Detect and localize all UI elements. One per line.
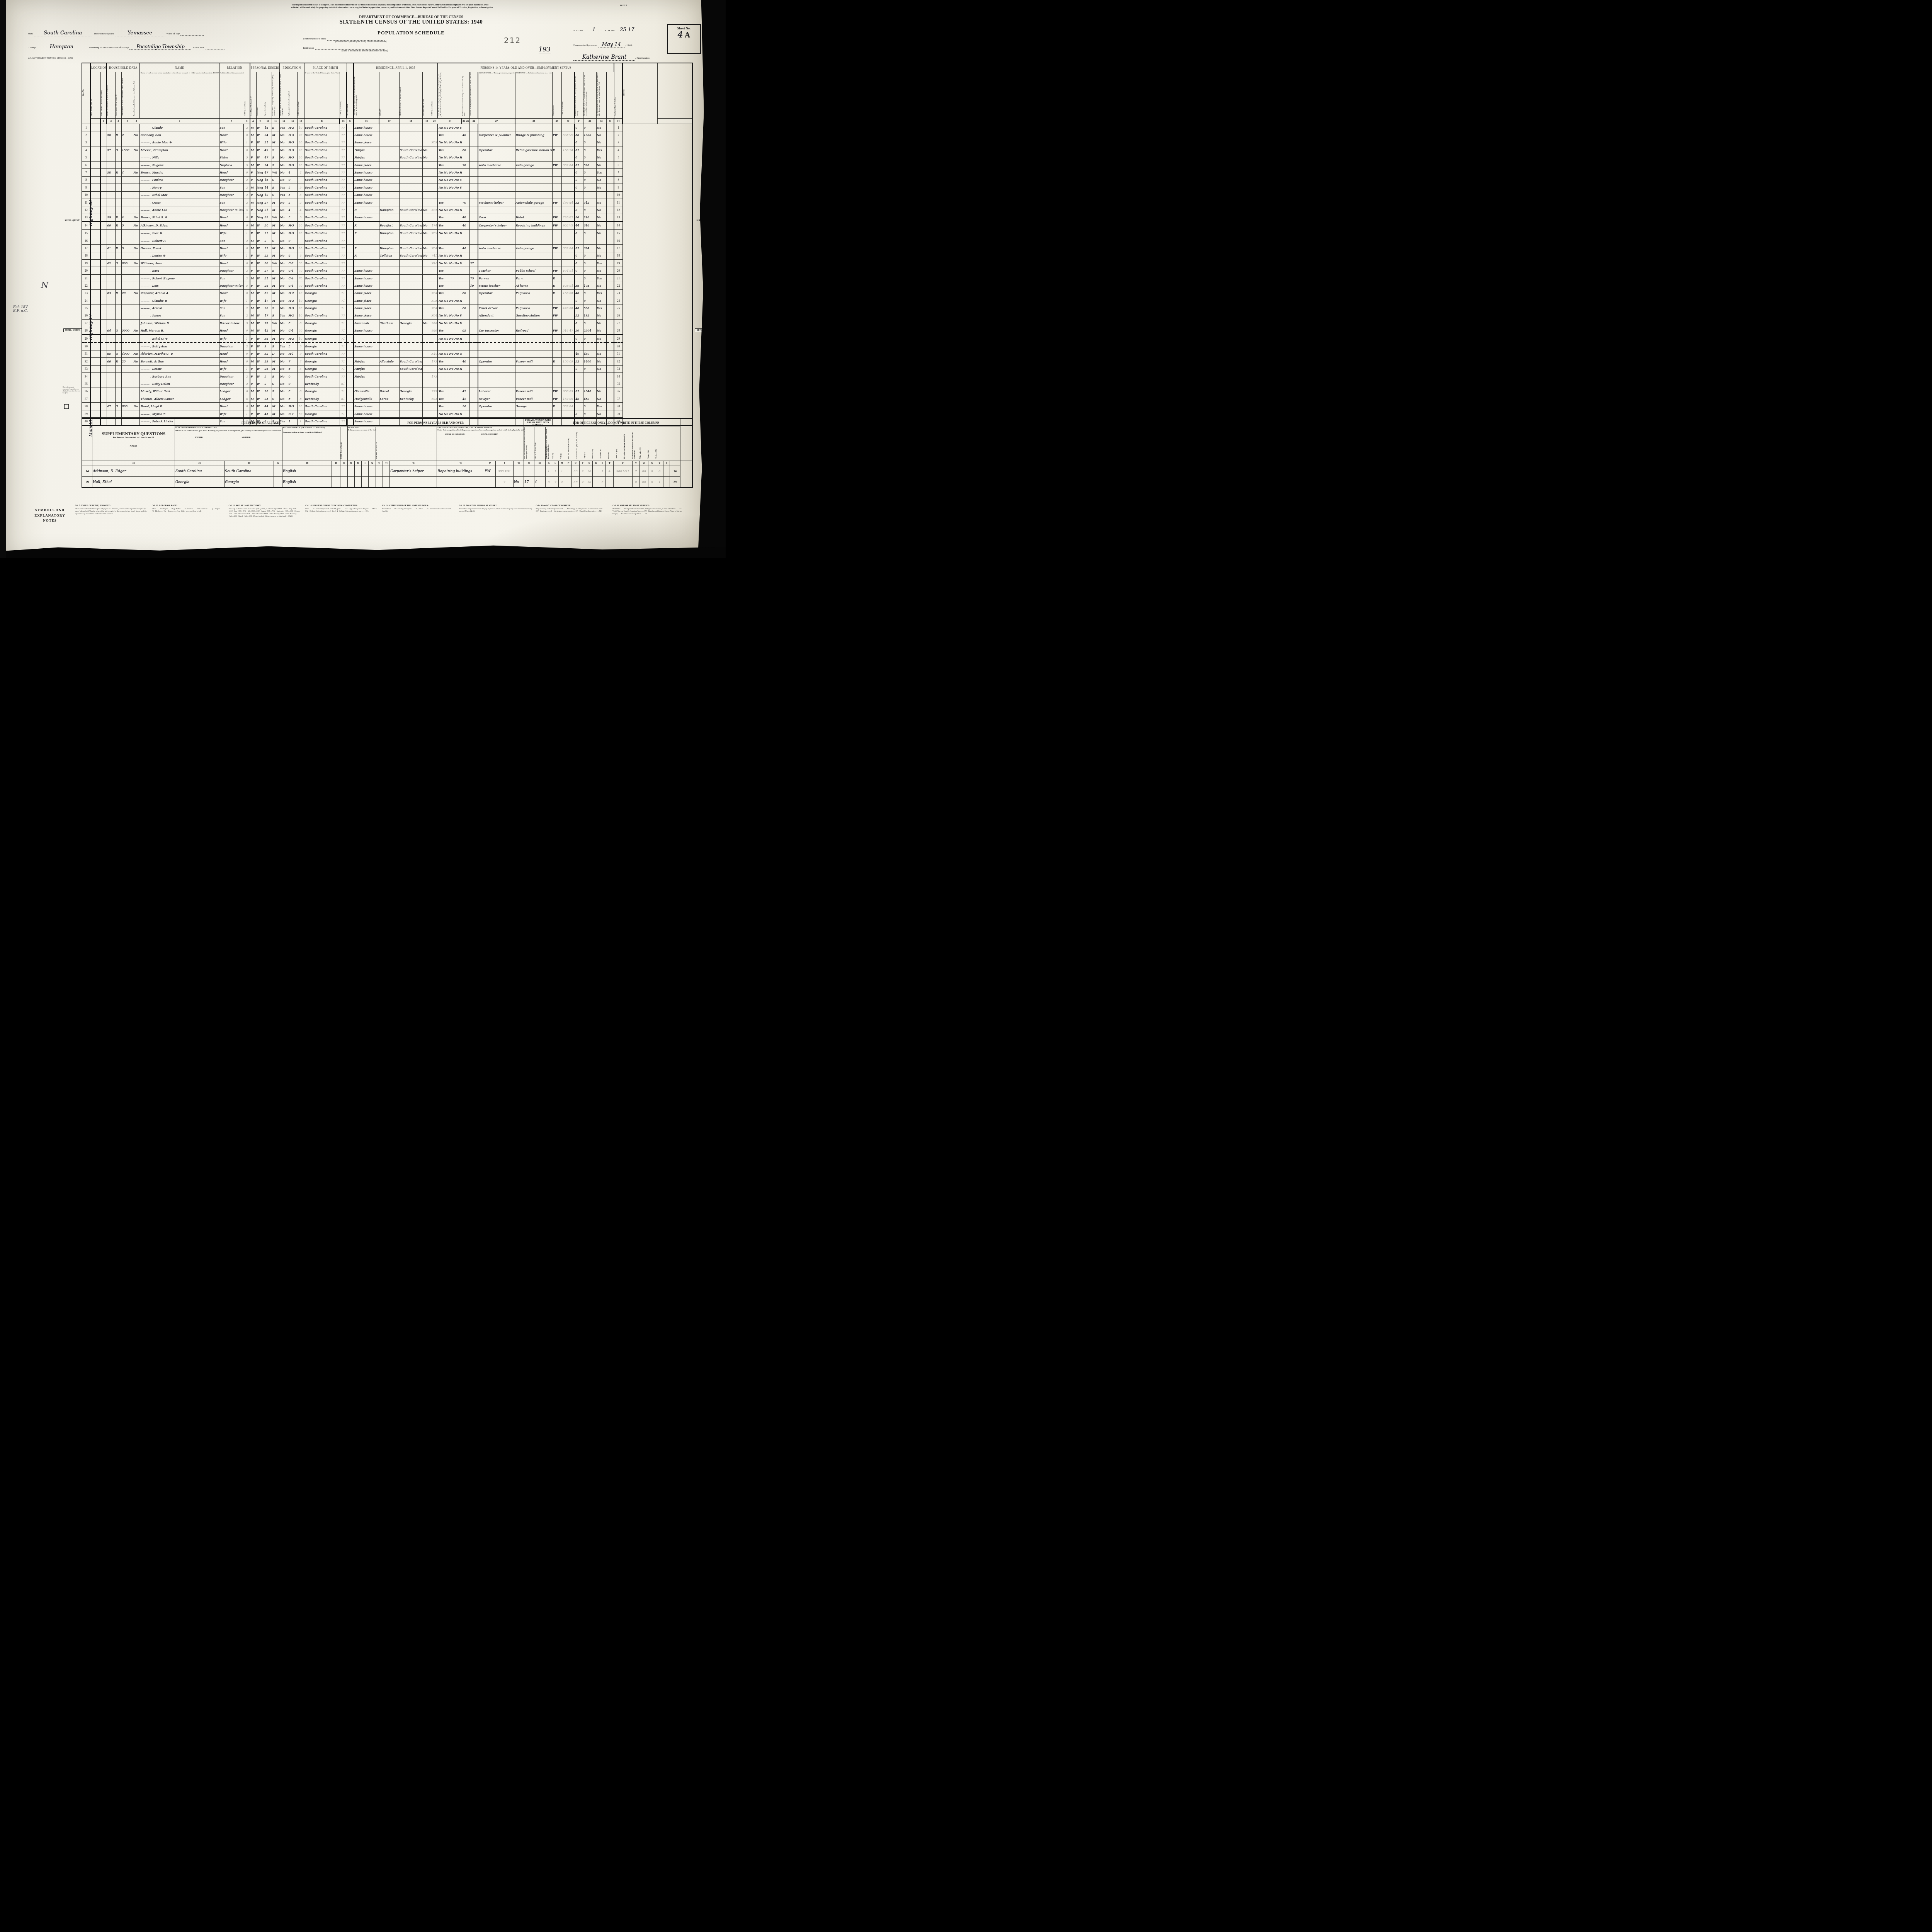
cell: S <box>272 342 279 350</box>
cell: 14 <box>264 184 272 191</box>
cell: R <box>354 229 379 237</box>
cell: No <box>279 327 288 335</box>
cell <box>469 388 478 395</box>
cell <box>399 191 422 199</box>
pencil-code-cell: 0 <box>656 466 663 477</box>
cell: Kentucky <box>304 395 340 403</box>
pencil-code-cell: 1 <box>244 139 250 146</box>
cell <box>606 289 614 297</box>
cell: Neg <box>256 206 264 214</box>
cell <box>133 304 140 312</box>
cell: Fairfax <box>354 358 379 365</box>
cell: No No No No H <box>438 297 462 304</box>
pencil-code-cell: 156 08 <box>561 289 575 297</box>
cell: 0 <box>575 320 583 327</box>
social-security-header: SOCIAL SECURITY <box>376 442 437 459</box>
pencil-code-cell: 20 <box>297 245 304 252</box>
line-number: 8 <box>614 176 622 184</box>
cell <box>347 131 354 139</box>
cell <box>383 477 389 488</box>
cell: H-2 <box>288 297 297 304</box>
cell: ——— , Eugene <box>140 161 219 168</box>
cell: South Carolina <box>304 372 340 380</box>
column-number: 27 <box>478 119 515 124</box>
banner-all-ages: FOR PERSONS OF ALL AGES <box>175 418 347 427</box>
supp-column-number: X <box>648 461 656 466</box>
cell: South Carolina <box>224 466 274 477</box>
cell <box>399 297 422 304</box>
code-d-label: CODE (Leave blank) <box>432 101 437 116</box>
table-row: 18——— , Louise ⊗Wife1FW23MNo88South Caro… <box>82 252 692 259</box>
pencil-code-cell: 20 <box>297 221 304 229</box>
cell <box>340 466 347 477</box>
cell: Garage <box>515 403 552 410</box>
cell: Georgia <box>399 320 422 327</box>
street-name-highway-17: Highway 17 <box>88 240 93 340</box>
cell: 0 <box>583 124 596 131</box>
pencil-code-cell: 77 <box>340 274 347 282</box>
cell <box>552 342 561 350</box>
pencil-code-cell: 156 74 <box>561 146 575 154</box>
supp-column-number: 42 <box>369 461 376 466</box>
cell: M <box>250 358 256 365</box>
table-row: 1962O800NoWilliams, SaraHead0FW58WdNoC-2… <box>82 260 692 267</box>
code-h-label: CODE (Leave blank) <box>341 442 347 459</box>
cell <box>115 237 121 244</box>
cell <box>107 191 115 199</box>
written-193: 193 <box>539 46 551 53</box>
cell: M <box>250 289 256 297</box>
cell: O <box>115 327 121 335</box>
cell <box>347 410 354 417</box>
census-title: SIXTEENTH CENSUS OF THE UNITED STATES: 1… <box>322 19 500 26</box>
pencil-code-cell <box>431 161 438 168</box>
pencil-code-cell: 0 <box>648 477 656 488</box>
cell: W <box>256 252 264 259</box>
cell: PW <box>552 221 561 229</box>
cell: No <box>596 350 606 357</box>
pencil-code-cell <box>431 365 438 372</box>
supplementary-title: SUPPLEMENTARY QUESTIONS For Persons Enum… <box>92 418 175 461</box>
pencil-code-cell: 0 <box>244 358 250 365</box>
cell: 58 <box>107 169 115 176</box>
pencil-code-cell: 1 <box>244 335 250 342</box>
column-number: 28 <box>515 119 552 124</box>
pencil-code-cell: 5 <box>297 214 304 221</box>
cell: ——— , Claude <box>140 124 219 131</box>
cell <box>462 350 469 357</box>
pencil-code-cell: 4 <box>606 466 614 477</box>
cell: ——— , Lessie <box>140 365 219 372</box>
cell <box>478 169 515 176</box>
table-row: 24——— , Claudie ⊗Wife1FW47MNoH-210Georgi… <box>82 297 692 304</box>
supp-column-number <box>670 461 680 466</box>
pencil-code-cell: 8 <box>297 252 304 259</box>
pencil-code-cell: 77 <box>340 214 347 221</box>
supplementary-questions-table: SUPPLEMENTARY QUESTIONS For Persons Enum… <box>82 418 693 488</box>
table-row: 20——— , SaraDaughter2FW27SNoC-470South C… <box>82 267 692 274</box>
cell: No No No No H <box>438 229 462 237</box>
cell <box>362 466 369 477</box>
cell: Carpenter’s helper <box>478 221 515 229</box>
pencil-code-cell: 8 <box>297 320 304 327</box>
cell: Georgia <box>304 335 340 342</box>
cell <box>100 388 107 395</box>
cell: Yes <box>438 395 462 403</box>
cell: 2 <box>121 131 133 139</box>
pencil-code-cell <box>431 169 438 176</box>
line-number: 25 <box>614 304 622 312</box>
pencil-code-cell <box>561 229 575 237</box>
cell: Daughter-in-law <box>219 206 244 214</box>
cell <box>379 327 399 335</box>
sheet-letter: A <box>685 31 690 39</box>
cell: 64 <box>107 327 115 335</box>
cell <box>133 297 140 304</box>
cell: F <box>250 335 256 342</box>
class-col-label: Class of worker <box>553 105 561 116</box>
cell: No <box>279 199 288 206</box>
pencil-code-cell: 2 <box>244 274 250 282</box>
cell <box>515 365 552 372</box>
cell: 4 <box>534 477 545 488</box>
cell: Father-in-law <box>219 320 244 327</box>
pencil-code-cell: X0X1 <box>431 206 438 214</box>
cell: No <box>596 221 606 229</box>
cell <box>552 176 561 184</box>
cell: 7 <box>288 358 297 365</box>
cell <box>115 154 121 161</box>
cell <box>422 304 431 312</box>
table-row: 35——— , Betty HelenDaughter2FW2SNo0Kentu… <box>82 380 692 388</box>
cell: Pulpwood <box>515 289 552 297</box>
cell <box>107 388 115 395</box>
supp-column-number: Q <box>586 461 592 466</box>
cell: 56 <box>107 131 115 139</box>
cell: 40 <box>575 395 583 403</box>
cell: Yes <box>438 245 462 252</box>
cell <box>484 477 495 488</box>
table-row: 15——— , Inez ⊗Wife1FW21MNoH-320South Car… <box>82 229 692 237</box>
line-number: 5 <box>614 154 622 161</box>
cell: 5 <box>121 221 133 229</box>
cell <box>478 124 515 131</box>
cell: S <box>272 124 279 131</box>
cell: W <box>256 260 264 267</box>
cell: No <box>596 267 606 274</box>
pencil-code-cell: 30 <box>572 466 580 477</box>
cell: Head <box>219 289 244 297</box>
column-number: 33 <box>606 119 614 124</box>
cell <box>552 191 561 199</box>
cell <box>422 199 431 206</box>
cell <box>115 282 121 289</box>
cell <box>107 274 115 282</box>
cell: PW <box>552 214 561 221</box>
cell: No <box>596 410 606 417</box>
cell <box>100 327 107 335</box>
cell <box>347 304 354 312</box>
cell: No <box>596 131 606 139</box>
cell: Daughter-in-law <box>219 282 244 289</box>
cell <box>347 124 354 131</box>
cell: H-3 <box>288 304 297 312</box>
cell: No <box>596 176 606 184</box>
cell: Auto garage <box>515 245 552 252</box>
cell <box>469 252 478 259</box>
cell <box>100 206 107 214</box>
table-row: 37Thomas, Albert LamarLodger6MW23SNo88Ke… <box>82 395 692 403</box>
cell <box>133 312 140 319</box>
cell <box>133 184 140 191</box>
cell: 0 <box>575 297 583 304</box>
cell: W <box>256 342 264 350</box>
cell <box>133 395 140 403</box>
cell: M <box>250 221 256 229</box>
cell <box>606 252 614 259</box>
cell: No No No No S <box>438 176 462 184</box>
cell: 0 <box>583 289 596 297</box>
unincorporated-note: (Name of unincorporated place having 100… <box>303 41 419 43</box>
cell: 624 <box>583 245 596 252</box>
pencil-code-cell: 20 <box>297 304 304 312</box>
line-number: 24 <box>614 297 622 304</box>
pencil-code-cell: 988 V9 <box>561 221 575 229</box>
cell <box>469 124 478 131</box>
street-name-highway-28: Highway 28 <box>88 139 93 226</box>
cell <box>274 477 282 488</box>
cell: Son <box>219 199 244 206</box>
cell: M <box>272 282 279 289</box>
pencil-code-cell: X0V1 <box>431 229 438 237</box>
pencil-code-cell: 7411 <box>431 252 438 259</box>
cell <box>115 312 121 319</box>
cell <box>422 267 431 274</box>
cell: No <box>279 252 288 259</box>
cell: S <box>272 304 279 312</box>
cell <box>115 139 121 146</box>
cell <box>100 267 107 274</box>
cell <box>552 335 561 342</box>
supp-column-number: 35 <box>92 461 175 466</box>
cell: H-3 <box>288 131 297 139</box>
cell: Same house <box>354 184 379 191</box>
cell <box>438 380 462 388</box>
cell <box>596 372 606 380</box>
cell: 32 <box>575 312 583 319</box>
cell: South Carolina <box>304 161 340 168</box>
cell: No <box>133 260 140 267</box>
table-row: 8——— , PaulineDaughter2FNeg16SNo0South C… <box>82 176 692 184</box>
line-number: 37 <box>614 395 622 403</box>
cell <box>379 191 399 199</box>
cell: W <box>256 146 264 154</box>
school-col-label: Attended school or college any time sinc… <box>280 72 287 116</box>
cell: No <box>596 358 606 365</box>
cell <box>107 320 115 327</box>
cell <box>121 124 133 131</box>
cell: 67 <box>107 403 115 410</box>
cell <box>478 176 515 184</box>
cell <box>379 161 399 168</box>
cell: Hampton <box>379 245 399 252</box>
cell: Head <box>219 221 244 229</box>
cell: Same house <box>354 169 379 176</box>
cell: 42 <box>462 395 469 403</box>
cell <box>379 297 399 304</box>
cell: M <box>272 289 279 297</box>
cell <box>606 388 614 395</box>
cell: 31 <box>264 274 272 282</box>
pencil-code-cell: 70 <box>297 282 304 289</box>
cell: 216 <box>583 214 596 221</box>
cell: H-3 <box>288 161 297 168</box>
cell <box>100 124 107 131</box>
cell: Yes <box>438 221 462 229</box>
cell: C-4 <box>288 282 297 289</box>
cell: 25 <box>121 358 133 365</box>
cell <box>462 169 469 176</box>
pencil-code-cell <box>561 342 575 350</box>
check-note: Check, if answer to enumerator’s questio… <box>63 386 80 394</box>
cell: H-3 <box>288 403 297 410</box>
pencil-code-cell: 986 <box>431 320 438 327</box>
cell: Wd <box>272 260 279 267</box>
cell <box>575 237 583 244</box>
cell <box>399 372 422 380</box>
cell: No No No No S <box>438 124 462 131</box>
line-number: 21 <box>614 274 622 282</box>
pencil-code-cell: 3 <box>297 342 304 350</box>
cell <box>462 260 469 267</box>
cell <box>133 161 140 168</box>
supp-column-number: 50 <box>534 461 545 466</box>
cell: Yes <box>438 146 462 154</box>
column-number: 11 <box>272 119 279 124</box>
office-sub-label: Ot. inc. (33) <box>656 449 664 459</box>
cell <box>469 312 478 319</box>
cell: PW <box>552 388 561 395</box>
cell: M <box>272 335 279 342</box>
cell <box>100 199 107 206</box>
supp-column-number: P <box>579 461 586 466</box>
cell <box>133 320 140 327</box>
column-number: 32 <box>596 119 606 124</box>
pencil-code-cell: 70 <box>297 267 304 274</box>
pencil-code-cell: 6031 <box>431 395 438 403</box>
supp-column-number: M <box>559 461 565 466</box>
cell <box>347 297 354 304</box>
cell: H-3 <box>288 154 297 161</box>
cell: South Carolina <box>399 221 422 229</box>
pencil-code-cell: 77 <box>340 221 347 229</box>
cell: 0 <box>583 206 596 214</box>
cell <box>347 395 354 403</box>
cell: No <box>279 380 288 388</box>
cell: South Carolina <box>304 199 340 206</box>
cell <box>469 146 478 154</box>
group-household-data: HOUSEHOLD DATA <box>107 63 140 72</box>
supp-column-number: T <box>606 461 614 466</box>
duration-col-label: Duration of unemployment up to March 30,… <box>470 72 478 116</box>
cell: PW <box>552 161 561 168</box>
cell: 0 <box>583 274 596 282</box>
supp-column-number: W <box>640 461 648 466</box>
cell: Georgia <box>304 358 340 365</box>
cell: Cook <box>478 214 515 221</box>
cell: W <box>256 297 264 304</box>
pencil-code-cell: 71 <box>340 304 347 312</box>
cell <box>469 206 478 214</box>
table-row: 22——— , LoisDaughter-in-law5FW26MNoC-470… <box>82 282 692 289</box>
cell: Ilderton, Martha C. ⊗ <box>140 350 219 357</box>
township-label: Township or other division of county <box>89 46 129 49</box>
cell <box>121 184 133 191</box>
cell: Automobile garage <box>515 199 552 206</box>
column-number: 30 <box>561 119 575 124</box>
table-row: 2363R20NoZipperer, Arnold A.Head0MW52MNo… <box>82 289 692 297</box>
cell <box>478 229 515 237</box>
pencil-code-cell <box>431 154 438 161</box>
cell: ——— , Lois <box>140 282 219 289</box>
cell: 48 <box>462 214 469 221</box>
cell <box>121 229 133 237</box>
cell: 21 <box>264 139 272 146</box>
cell <box>100 304 107 312</box>
pencil-code-cell: 2 <box>244 191 250 199</box>
pencil-code-cell: 10 <box>297 124 304 131</box>
cell: H-3 <box>288 146 297 154</box>
cell <box>121 237 133 244</box>
cell <box>399 199 422 206</box>
cell: 0 <box>583 229 596 237</box>
pencil-code-cell: 332 84 <box>561 161 575 168</box>
cell: W <box>256 304 264 312</box>
pencil-code-cell <box>606 477 614 488</box>
race-col-label: Color or race <box>257 107 264 116</box>
column-number: 16 <box>354 119 379 124</box>
pencil-code-cell: 2 <box>244 199 250 206</box>
cell <box>107 199 115 206</box>
cell: Veneer mill <box>515 395 552 403</box>
cell: O <box>115 403 121 410</box>
pencil-code-cell: 77 <box>340 312 347 319</box>
cell: 0 <box>583 320 596 327</box>
pencil-code-cell: 77 <box>340 146 347 154</box>
cell <box>422 289 431 297</box>
cell <box>469 350 478 357</box>
cell: South Carolina <box>304 154 340 161</box>
pencil-code-cell: 71 <box>340 327 347 335</box>
explanatory-note: Col. 14. HIGHEST GRADE OF SCHOOL COMPLET… <box>305 505 378 524</box>
cell: S <box>272 191 279 199</box>
county-label: County <box>28 46 36 49</box>
supp-column-number: 45 <box>390 461 437 466</box>
pencil-code-cell: 77 <box>340 199 347 206</box>
cell: W <box>256 372 264 380</box>
cell <box>100 169 107 176</box>
cell: Same house <box>354 267 379 274</box>
cell: 27 <box>264 267 272 274</box>
cell: Wife <box>219 229 244 237</box>
cell: Yes <box>438 131 462 139</box>
cell <box>362 477 369 488</box>
cell: Daughter <box>219 267 244 274</box>
cell: Atkinson, D. Edgar <box>92 466 175 477</box>
cell: South Carolina <box>304 184 340 191</box>
cell: Yes <box>438 388 462 395</box>
cell: Williams, Sara <box>140 260 219 267</box>
